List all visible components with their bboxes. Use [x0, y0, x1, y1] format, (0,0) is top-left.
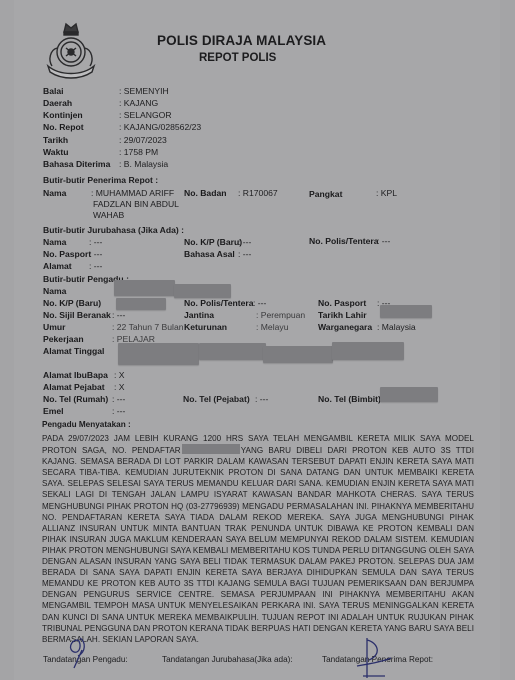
interpreter-address-value: : ---	[89, 261, 102, 271]
kontinjen-label: Kontinjen	[43, 110, 83, 120]
language-value: : B. Malaysia	[119, 159, 168, 169]
interpreter-section-title: Butir-butir Jurubahasa (Jika Ada) :	[43, 225, 184, 235]
redacted-name-part-2	[174, 284, 231, 298]
time-label: Waktu	[43, 147, 68, 157]
kontinjen-value: : SELANGOR	[119, 110, 172, 120]
balai-value: : SEMENYIH	[119, 86, 169, 96]
interpreter-passport-value: : ---	[89, 249, 102, 259]
redacted-address-part-3	[263, 346, 333, 363]
interpreter-kp-value: : ---	[238, 237, 251, 247]
complainant-age-label: Umur	[43, 322, 65, 332]
rank-label: Pangkat	[309, 189, 342, 199]
complainant-office-address-label: Alamat Pejabat	[43, 382, 105, 392]
daerah-value: : KAJANG	[119, 98, 158, 108]
redacted-name-part-1	[114, 280, 175, 296]
redacted-address-part-4	[332, 342, 404, 360]
complainant-citizenship-value: : Malaysia	[377, 322, 416, 332]
badge-number-value: : R170067	[238, 188, 278, 198]
complainant-gender-label: Jantina	[184, 310, 214, 320]
date-label: Tarikh	[43, 135, 68, 145]
complainant-parent-address-label: Alamat IbuBapa	[43, 370, 108, 380]
complainant-kp-label: No. K/P (Baru)	[43, 298, 101, 308]
complainant-age-value: : 22 Tahun 7 Bulan	[112, 322, 184, 332]
receiver-name-line-3: WAHAB	[93, 210, 124, 220]
balai-label: Balai	[43, 86, 64, 96]
interpreter-kp-label: No. K/P (Baru)	[184, 237, 242, 247]
complainant-mobile-tel-label: No. Tel (Bimbit)	[318, 394, 381, 404]
interpreter-polis-label: No. Polis/Tentera	[309, 236, 379, 246]
complainant-home-tel-label: No. Tel (Rumah)	[43, 394, 108, 404]
complainant-birthcert-label: No. Sijil Beranak	[43, 310, 111, 320]
police-crest-icon	[42, 20, 100, 80]
interpreter-passport-label: No. Pasport	[43, 249, 91, 259]
report-number-label: No. Repot	[43, 122, 84, 132]
page-title: POLIS DIRAJA MALAYSIA	[157, 33, 326, 48]
complainant-address-label: Alamat Tinggal	[43, 346, 104, 356]
daerah-label: Daerah	[43, 98, 72, 108]
badge-number-label: No. Badan	[184, 188, 227, 198]
complainant-signature-mark	[66, 636, 92, 670]
complainant-office-address-value: : X	[114, 382, 125, 392]
complainant-home-tel-value: : ---	[112, 394, 125, 404]
complainant-office-tel-value: : ---	[255, 394, 268, 404]
complainant-dob-label: Tarikh Lahir	[318, 310, 367, 320]
rank-value: : KPL	[376, 188, 397, 198]
complainant-polis-value: : ---	[253, 298, 266, 308]
complainant-job-label: Pekerjaan	[43, 334, 84, 344]
language-label: Bahasa Diterima	[43, 159, 110, 169]
interpreter-language-value: : ---	[238, 249, 251, 259]
redacted-mobile-tel	[380, 387, 438, 402]
complainant-passport-label: No. Pasport	[318, 298, 366, 308]
receiver-name-line-1: : MUHAMMAD ARIFF	[91, 188, 174, 198]
redacted-address-part-2	[199, 343, 266, 360]
report-number-value: : KAJANG/028562/23	[119, 122, 201, 132]
complainant-gender-value: : Perempuan	[256, 310, 305, 320]
redacted-dob	[380, 305, 432, 318]
redacted-address-part-1	[118, 343, 199, 365]
interpreter-name-value: : ---	[89, 237, 102, 247]
interpreter-polis-value: : ---	[377, 236, 390, 246]
interpreter-name-label: Nama	[43, 237, 66, 247]
redacted-kp	[116, 298, 166, 310]
date-value: : 29/07/2023	[119, 135, 167, 145]
complainant-parent-address-value: : X	[114, 370, 125, 380]
redacted-vehicle-registration	[182, 444, 240, 454]
complainant-name-label: Nama	[43, 286, 66, 296]
complainant-descent-label: Keturunan	[184, 322, 227, 332]
complainant-email-value: : ---	[112, 406, 125, 416]
interpreter-address-label: Alamat	[43, 261, 72, 271]
statement-body: PADA 29/07/2023 JAM LEBIH KURANG 1200 HR…	[42, 433, 474, 645]
statement-text-part-2: YANG BARU DIBELI DARI PROTON KEB AUTO 3S…	[42, 446, 474, 644]
page-subtitle: REPOT POLIS	[199, 52, 276, 64]
receiver-signature-mark	[355, 636, 391, 680]
complainant-polis-label: No. Polis/Tentera	[184, 298, 254, 308]
complainant-descent-value: : Melayu	[256, 322, 288, 332]
complainant-birthcert-value: : ---	[112, 310, 125, 320]
receiver-section-title: Butir-butir Penerima Repot :	[43, 175, 158, 185]
complainant-office-tel-label: No. Tel (Pejabat)	[183, 394, 250, 404]
statement-title: Pengadu Menyatakan :	[42, 420, 131, 429]
time-value: : 1758 PM	[119, 147, 158, 157]
receiver-name-label: Nama	[43, 188, 66, 198]
receiver-name-line-2: FADZLAN BIN ABDUL	[93, 199, 179, 209]
complainant-citizenship-label: Warganegara	[318, 322, 372, 332]
complainant-email-label: Emel	[43, 406, 64, 416]
interpreter-signature-label: Tandatangan Jurubahasa(Jika ada):	[162, 655, 293, 664]
interpreter-language-label: Bahasa Asal	[184, 249, 235, 259]
